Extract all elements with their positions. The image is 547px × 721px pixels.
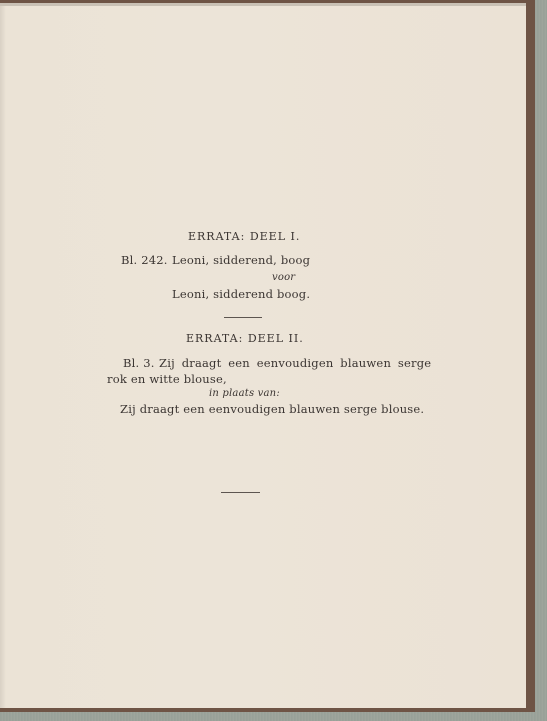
- errata-1-connector: voor: [272, 272, 295, 283]
- end-divider: [221, 492, 260, 493]
- book-page: ERRATA: DEEL I. Bl. 242. Leoni, sidderen…: [0, 3, 526, 708]
- page-top-edge: [0, 3, 526, 6]
- errata-2-wrong-line-1: Zij draagt een eenvoudigen blauwen serge: [159, 356, 431, 370]
- errata-1-heading: ERRATA: DEEL I.: [188, 230, 300, 243]
- errata-2-connector: in plaats van:: [209, 388, 280, 399]
- errata-1-wrong-text: Leoni, sidderend, boog: [172, 253, 310, 267]
- errata-2-page-ref: Bl. 3.: [123, 356, 155, 370]
- errata-2-heading: ERRATA: DEEL II.: [186, 332, 304, 345]
- errata-1-page-ref: Bl. 242.: [121, 253, 168, 267]
- section-divider: [224, 317, 262, 318]
- errata-2-correct-text: Zij draagt een eenvoudigen blauwen serge…: [120, 402, 424, 416]
- errata-1-correct-text: Leoni, sidderend boog.: [172, 287, 310, 301]
- errata-2-wrong-line-2: rok en witte blouse,: [107, 372, 227, 386]
